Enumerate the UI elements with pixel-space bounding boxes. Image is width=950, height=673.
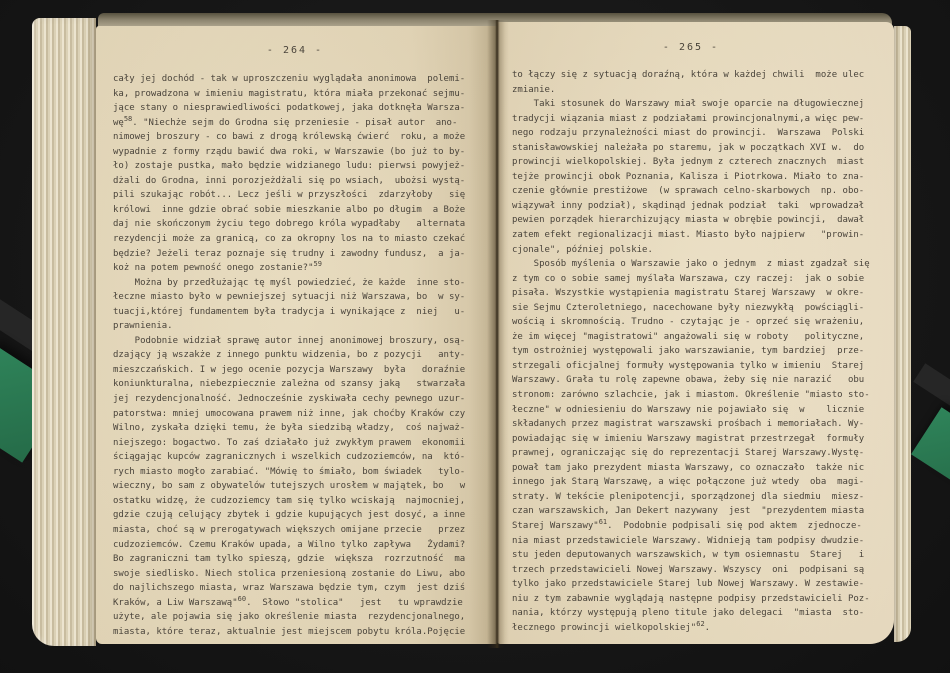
fore-edge-right xyxy=(894,26,911,642)
text-line: pewien porządek hierarchizujący miasta w… xyxy=(512,213,890,228)
text-line: strzegali oficjalnej formuły występowani… xyxy=(512,359,890,374)
text-line: łeczne miasto było w pewniejszej sytuacj… xyxy=(113,290,491,305)
text-line: wością i skromnością. Trudno - czytając … xyxy=(512,315,890,330)
text-line: dżali do Grodna, inni porozjeżdżali się … xyxy=(113,174,491,189)
text-line: rych miasto mogło zarabiać. "Mówię to śm… xyxy=(113,465,491,480)
text-line: koż na potem pewność onego zostanie?"59 xyxy=(113,261,491,276)
green-cloth-right xyxy=(911,407,950,496)
right-page-text: to łączy się z sytuacją doraźną, która w… xyxy=(512,68,890,635)
text-line: nania, którzy występują pleno titule jak… xyxy=(512,606,890,621)
text-line: nego rodzaju przynależności miast do pro… xyxy=(512,126,890,141)
text-line: ło) zostaje pustka, mało będzie widziane… xyxy=(113,159,491,174)
text-line: tylko jako przedstawiciele Starej lub No… xyxy=(512,577,890,592)
text-line: tym ostrożniej występowali jako warszawi… xyxy=(512,344,890,359)
text-line: Warszawy. Grała tu rolę zapewne obawa, ż… xyxy=(512,373,890,388)
text-line: straty. W tekście plenipotencji, sporząd… xyxy=(512,490,890,505)
text-line: wiązywał inny podział), skądinąd jednak … xyxy=(512,199,890,214)
text-line: koniunkturalna, niebezpiecznie zależna o… xyxy=(113,377,491,392)
text-line: miasta, choć są w prerogatywach większyc… xyxy=(113,523,491,538)
text-line: niu z tym zabawnie wyglądają następne po… xyxy=(512,592,890,607)
text-line: to łączy się z sytuacją doraźną, która w… xyxy=(512,68,890,83)
text-line: Kraków, a Liw Warszawą"60. Słowo "stolic… xyxy=(113,596,491,611)
text-line: tradycji wiązania miast z podziałami pro… xyxy=(512,112,890,127)
fore-edge-left xyxy=(32,18,96,646)
scanned-book-spread: - 264 - cały jej dochód - tak w uproszcz… xyxy=(0,0,950,673)
text-line: nia miast przedstawiciele Warszawy. Widn… xyxy=(512,534,890,549)
text-line: łeczne" w odniesieniu do Warszawy nie po… xyxy=(512,403,890,418)
text-line: zatem efekt regionalizacji miast. Miasto… xyxy=(512,228,890,243)
text-line: Starej Warszawy"61. Podobnie podpisali s… xyxy=(512,519,890,534)
text-line: jej rezydencjonalność. Jednocześnie zysk… xyxy=(113,392,491,407)
text-line: innego jak Starą Warszawę, a więc połącz… xyxy=(512,475,890,490)
text-line: zmianie. xyxy=(512,83,890,98)
text-line: wę58. "Niechże sejm do Grodna się przeni… xyxy=(113,116,491,131)
text-line: prawnej, ograniczając się do reprezentac… xyxy=(512,446,890,461)
text-line: miasta, które teraz, aktualnie jest miej… xyxy=(113,625,491,640)
text-line: jące stany o niesprawiedliwości podatkow… xyxy=(113,101,491,116)
text-line: powiadając się w imieniu Warszawy magist… xyxy=(512,432,890,447)
text-line: królowi inne gdzie obrać sobie mieszkani… xyxy=(113,203,491,218)
text-line: cały jej dochód - tak w uproszczeniu wyg… xyxy=(113,72,491,87)
text-line: prawnienia. xyxy=(113,319,491,334)
page-number-right: - 265 - xyxy=(501,42,881,53)
text-line: nimowej broszury - co bawi z drogą króle… xyxy=(113,130,491,145)
text-line: Sposób myślenia o Warszawie jako o jedny… xyxy=(512,257,890,272)
text-line: składanych przez magistrat warszawski pr… xyxy=(512,417,890,432)
text-line: do najlichszego miasta, wraz Warszawa bę… xyxy=(113,581,491,596)
left-page-text: cały jej dochód - tak w uproszczeniu wyg… xyxy=(113,72,491,639)
text-line: niejszego: bogactwo. To zaś działało już… xyxy=(113,436,491,451)
text-line: prowincji wielkopolskiej. Była jednym z … xyxy=(512,155,890,170)
text-line: z tym co o sobie samej myślała Warszawa,… xyxy=(512,272,890,287)
text-line: Taki stosunek do Warszawy miał swoje opa… xyxy=(512,97,890,112)
text-line: Bo zagraniczni tam tylko spieszą, gdzie … xyxy=(113,552,491,567)
text-line: Wilno, zyskała dzięki temu, że była sied… xyxy=(113,421,491,436)
text-line: będzie? Jeżeli teraz poznaje się trudny … xyxy=(113,247,491,262)
text-line: ostatku widzę, że cudzoziemcy tam się ty… xyxy=(113,494,491,509)
text-line: swoje siedlisko. Niech stolica przeniesi… xyxy=(113,567,491,582)
text-line: sie Sejmu Czteroletniego, nacechowane by… xyxy=(512,301,890,316)
text-line: użyte, ale pojawia się jako określenie m… xyxy=(113,610,491,625)
text-line: dzający ją wszakże z innego punktu widze… xyxy=(113,348,491,363)
text-line: Można by przedłużając tę myśl powiedzieć… xyxy=(113,276,491,291)
text-line: patorstwa: mniej umocowana prawem niż in… xyxy=(113,407,491,422)
text-line: Podobnie widział sprawę autor innej anon… xyxy=(113,334,491,349)
text-line: wieczny, bo sam z obywatelów tutejszych … xyxy=(113,479,491,494)
text-line: stanisławowskiej należała po staremu, ja… xyxy=(512,141,890,156)
text-line: trzech przedstawicieli Nowej Warszawy. W… xyxy=(512,563,890,578)
text-line: czenie głównie prestiżowe (w sprawach ce… xyxy=(512,184,890,199)
text-line: że im więcej "magistratowi" angażowali s… xyxy=(512,330,890,345)
text-line: cjonale", później polskie. xyxy=(512,243,890,258)
text-line: ka, prowadzona w imieniu magistratu, któ… xyxy=(113,87,491,102)
text-line: gdzie czują celujący zbytek i gdzie kupu… xyxy=(113,508,491,523)
text-line: wypadnie z formy rządu bawić dwa roki, w… xyxy=(113,145,491,160)
left-page: - 264 - cały jej dochód - tak w uproszcz… xyxy=(96,26,497,644)
text-line: tejże prowincji obok Poznania, Kalisza i… xyxy=(512,170,890,185)
text-line: stu jeden deputowanych warszawskich, w t… xyxy=(512,548,890,563)
text-line: ściągając kupców zagranicznych i wszelki… xyxy=(113,450,491,465)
text-line: stronom: zarówno szlachcie, jak i miasto… xyxy=(512,388,890,403)
text-line: pisała. Wszystkie wystąpienia magistratu… xyxy=(512,286,890,301)
text-line: tuacji,której fundamentem była tradycja … xyxy=(113,305,491,320)
text-line: rezydencji może za granicą, co za okropn… xyxy=(113,232,491,247)
text-line: pili szukając robót... Lecz jeśli w przy… xyxy=(113,188,491,203)
text-line: pował tam jako prezydent miasta Warszawy… xyxy=(512,461,890,476)
text-line: mieszczańskich. I w jego ocenie pozycja … xyxy=(113,363,491,378)
text-line: czan warszawskich, Jan Dekert nazywany j… xyxy=(512,504,890,519)
text-line: cudzoziemców. Czemu Kraków upada, a Wiln… xyxy=(113,538,491,553)
text-line: daj nie skończonym życiu tego dobrego kr… xyxy=(113,217,491,232)
right-page: - 265 - to łączy się z sytuacją doraźną,… xyxy=(497,22,894,644)
page-number-left: - 264 - xyxy=(105,45,485,56)
text-line: łecznego prowincji wielkopolskiej"62. xyxy=(512,621,890,636)
